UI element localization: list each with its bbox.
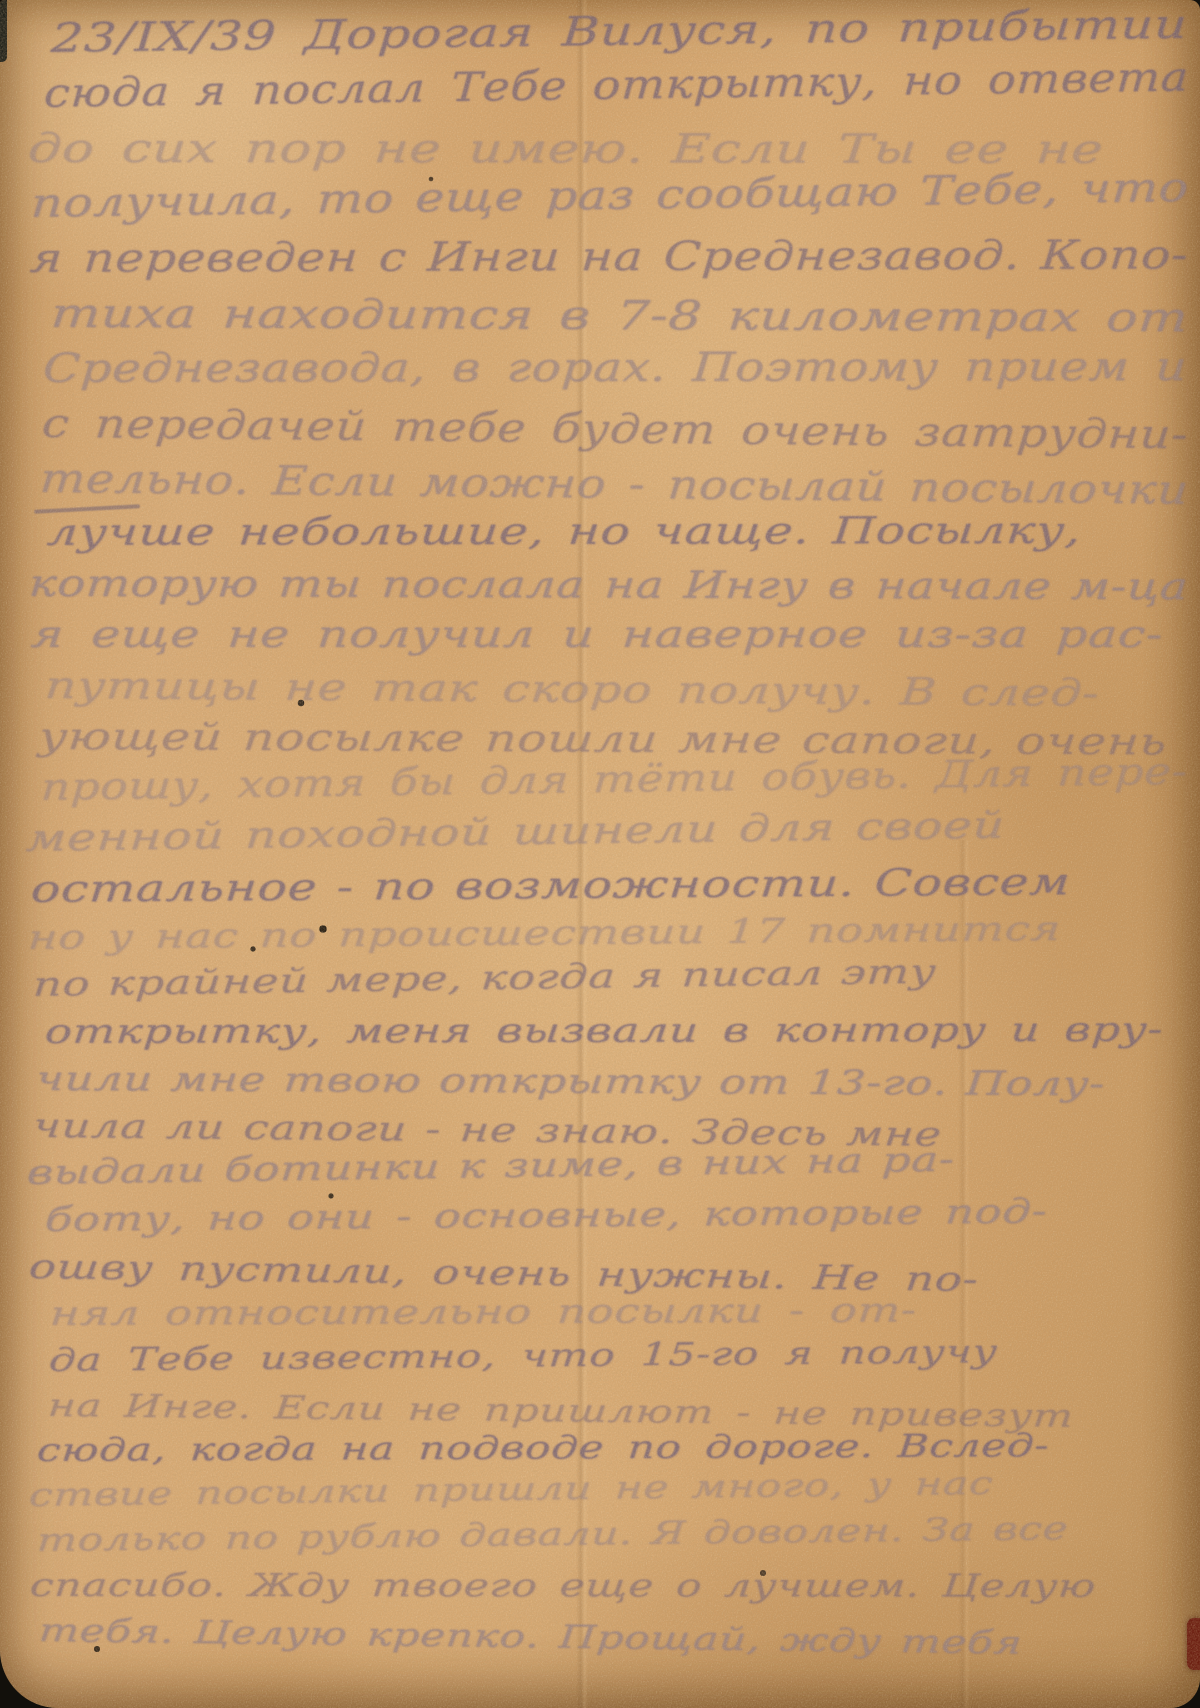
scan-background: 23/IX/39 Дорогая Вилуся, по прибытиисюда… [0, 0, 1200, 1708]
letter-line: Среднезавода, в горах. Поэтому прием и [41, 340, 1189, 397]
letter-line: тебя. Целую крепко. Прощай, жду тебя [37, 1608, 1024, 1666]
letter-line: чили мне твою открытку от 13-го. Полу- [34, 1056, 1106, 1108]
letter-line: тиха находится в 7-8 километрах от [49, 287, 1190, 346]
letter-line: да Тебе известно, что 15-го я получу [48, 1329, 999, 1383]
letter-page: 23/IX/39 Дорогая Вилуся, по прибытиисюда… [0, 0, 1200, 1708]
letter-line: остальное - по возможности. Совсем [29, 856, 1072, 915]
letter-line: лучше небольшие, но чаще. Посылку, [45, 505, 1083, 558]
red-stain [1187, 1618, 1200, 1670]
letter-line: я переведен с Инги на Среднезавод. Копо- [28, 229, 1190, 287]
letter-text: 23/IX/39 Дорогая Вилуся, по прибытиисюда… [26, 12, 1200, 1653]
letter-line: открытку, меня вызвали в контору и вру- [43, 1007, 1164, 1056]
letter-line: спасибо. Жду твоего еще о лучшем. Целую [28, 1563, 1097, 1609]
letter-line: боту, но они - основные, которые под- [44, 1189, 1049, 1244]
torn-edge-chip [0, 0, 7, 62]
letter-line: которую ты послала на Ингу в начале м-ца [27, 558, 1190, 612]
letter-line: я еще не получил и наверное из-за рас- [29, 609, 1165, 660]
letter-line: путицы не так скоро получу. В след- [43, 660, 1101, 719]
